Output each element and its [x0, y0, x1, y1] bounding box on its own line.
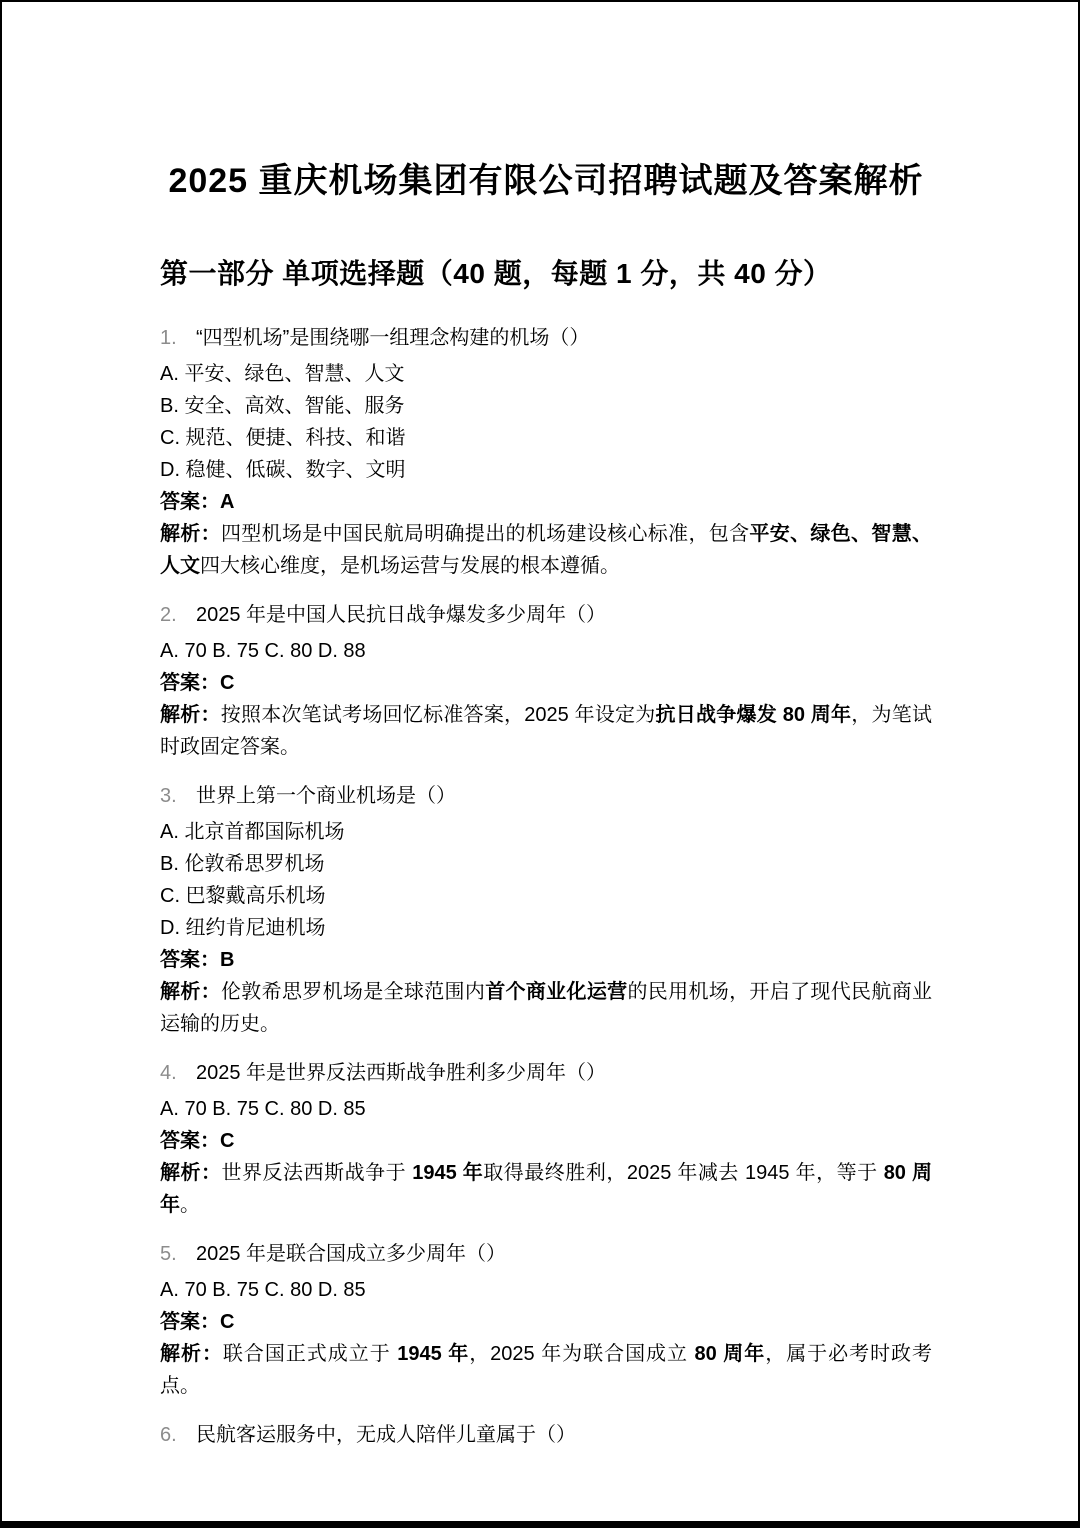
analysis-segment: 伦敦希思罗机场是全球范围内 [221, 981, 485, 1003]
options-list: A. 70 B. 75 C. 80 D. 88 [160, 635, 932, 667]
option-line: A. 70 B. 75 C. 80 D. 85 [160, 1093, 932, 1125]
document-page: 2025 重庆机场集团有限公司招聘试题及答案解析 第一部分 单项选择题（40 题… [0, 0, 1080, 1528]
analysis-bold-segment: 抗日战争爆发 80 周年 [656, 704, 852, 726]
analysis-text: 四型机场是中国民航局明确提出的机场建设核心标准，包含平安、绿色、智慧、人文四大核… [160, 523, 932, 577]
analysis-paragraph: 解析：世界反法西斯战争于 1945 年取得最终胜利，2025 年减去 1945 … [160, 1157, 932, 1221]
question-text: “四型机场”是围绕哪一组理念构建的机场（） [196, 327, 589, 349]
question-block: 3. 世界上第一个商业机场是（） A. 北京首都国际机场B. 伦敦希思罗机场C.… [160, 780, 932, 1040]
question-line: 3. 世界上第一个商业机场是（） [160, 780, 932, 812]
analysis-bold-segment: 首个商业化运营 [485, 981, 627, 1003]
options-list: A. 北京首都国际机场B. 伦敦希思罗机场C. 巴黎戴高乐机场D. 纽约肯尼迪机… [160, 816, 932, 944]
answer-line: 答案：A [160, 486, 932, 518]
section-heading: 第一部分 单项选择题（40 题，每题 1 分，共 40 分） [160, 256, 932, 292]
answer-value: A [220, 491, 234, 513]
option-line: B. 安全、高效、智能、服务 [160, 390, 932, 422]
analysis-segment: ，2025 年为联合国成立 [469, 1343, 694, 1365]
analysis-segment: 四型机场是中国民航局明确提出的机场建设核心标准，包含 [221, 523, 749, 545]
analysis-label: 解析： [160, 1343, 223, 1365]
analysis-segment: 按照本次笔试考场回忆标准答案，2025 年设定为 [221, 704, 656, 726]
question-block: 5. 2025 年是联合国成立多少周年（） A. 70 B. 75 C. 80 … [160, 1238, 932, 1402]
analysis-bold-segment: 1945 年 [397, 1343, 469, 1365]
answer-line: 答案：C [160, 667, 932, 699]
option-line: A. 北京首都国际机场 [160, 816, 932, 848]
question-number: 4. [160, 1057, 196, 1089]
question-block: 2. 2025 年是中国人民抗日战争爆发多少周年（） A. 70 B. 75 C… [160, 599, 932, 763]
question-text: 民航客运服务中，无成人陪伴儿童属于（） [196, 1424, 576, 1446]
document-title: 2025 重庆机场集团有限公司招聘试题及答案解析 [160, 160, 932, 202]
option-line: A. 70 B. 75 C. 80 D. 88 [160, 635, 932, 667]
option-line: A. 70 B. 75 C. 80 D. 85 [160, 1274, 932, 1306]
question-line: 6. 民航客运服务中，无成人陪伴儿童属于（） [160, 1419, 932, 1451]
answer-line: 答案：C [160, 1306, 932, 1338]
option-line: D. 稳健、低碳、数字、文明 [160, 454, 932, 486]
question-text: 2025 年是中国人民抗日战争爆发多少周年（） [196, 604, 606, 626]
analysis-paragraph: 解析：按照本次笔试考场回忆标准答案，2025 年设定为抗日战争爆发 80 周年，… [160, 699, 932, 763]
analysis-paragraph: 解析：四型机场是中国民航局明确提出的机场建设核心标准，包含平安、绿色、智慧、人文… [160, 518, 932, 582]
option-line: D. 纽约肯尼迪机场 [160, 912, 932, 944]
question-text: 2025 年是联合国成立多少周年（） [196, 1243, 506, 1265]
answer-label: 答案： [160, 491, 220, 513]
question-text: 世界上第一个商业机场是（） [196, 785, 456, 807]
analysis-label: 解析： [160, 981, 221, 1003]
analysis-paragraph: 解析：伦敦希思罗机场是全球范围内首个商业化运营的民用机场，开启了现代民航商业运输… [160, 976, 932, 1040]
option-line: C. 规范、便捷、科技、和谐 [160, 422, 932, 454]
question-block: 4. 2025 年是世界反法西斯战争胜利多少周年（） A. 70 B. 75 C… [160, 1057, 932, 1221]
analysis-segment: 联合国正式成立于 [223, 1343, 397, 1365]
analysis-segment: 世界反法西斯战争于 [222, 1162, 413, 1184]
question-line: 4. 2025 年是世界反法西斯战争胜利多少周年（） [160, 1057, 932, 1089]
answer-label: 答案： [160, 949, 220, 971]
answer-value: C [220, 1130, 234, 1152]
question-block: 1. “四型机场”是围绕哪一组理念构建的机场（） A. 平安、绿色、智慧、人文B… [160, 322, 932, 582]
option-line: A. 平安、绿色、智慧、人文 [160, 358, 932, 390]
analysis-bold-segment: 1945 年 [412, 1162, 483, 1184]
analysis-label: 解析： [160, 523, 221, 545]
question-line: 1. “四型机场”是围绕哪一组理念构建的机场（） [160, 322, 932, 354]
answer-line: 答案：C [160, 1125, 932, 1157]
question-number: 1. [160, 322, 196, 354]
analysis-segment: 取得最终胜利，2025 年减去 1945 年，等于 [483, 1162, 883, 1184]
question-line: 5. 2025 年是联合国成立多少周年（） [160, 1238, 932, 1270]
answer-label: 答案： [160, 672, 220, 694]
answer-label: 答案： [160, 1311, 220, 1333]
answer-line: 答案：B [160, 944, 932, 976]
question-number: 6. [160, 1419, 196, 1451]
option-line: C. 巴黎戴高乐机场 [160, 880, 932, 912]
analysis-text: 伦敦希思罗机场是全球范围内首个商业化运营的民用机场，开启了现代民航商业运输的历史… [160, 981, 932, 1035]
question-line: 2. 2025 年是中国人民抗日战争爆发多少周年（） [160, 599, 932, 631]
analysis-segment: 四大核心维度，是机场运营与发展的根本遵循。 [200, 555, 620, 577]
question-number: 2. [160, 599, 196, 631]
analysis-text: 世界反法西斯战争于 1945 年取得最终胜利，2025 年减去 1945 年，等… [160, 1162, 932, 1216]
analysis-text: 联合国正式成立于 1945 年，2025 年为联合国成立 80 周年，属于必考时… [160, 1343, 932, 1397]
question-number: 5. [160, 1238, 196, 1270]
analysis-text: 按照本次笔试考场回忆标准答案，2025 年设定为抗日战争爆发 80 周年，为笔试… [160, 704, 932, 758]
answer-value: C [220, 672, 234, 694]
analysis-paragraph: 解析：联合国正式成立于 1945 年，2025 年为联合国成立 80 周年，属于… [160, 1338, 932, 1402]
options-list: A. 70 B. 75 C. 80 D. 85 [160, 1093, 932, 1125]
analysis-label: 解析： [160, 704, 221, 726]
analysis-label: 解析： [160, 1162, 222, 1184]
questions-container: 1. “四型机场”是围绕哪一组理念构建的机场（） A. 平安、绿色、智慧、人文B… [160, 322, 932, 1451]
analysis-segment: 。 [180, 1194, 200, 1216]
options-list: A. 平安、绿色、智慧、人文B. 安全、高效、智能、服务C. 规范、便捷、科技、… [160, 358, 932, 486]
analysis-bold-segment: 80 周年 [695, 1343, 766, 1365]
answer-value: C [220, 1311, 234, 1333]
question-text: 2025 年是世界反法西斯战争胜利多少周年（） [196, 1062, 606, 1084]
question-block: 6. 民航客运服务中，无成人陪伴儿童属于（） [160, 1419, 932, 1451]
answer-label: 答案： [160, 1130, 220, 1152]
question-number: 3. [160, 780, 196, 812]
options-list: A. 70 B. 75 C. 80 D. 85 [160, 1274, 932, 1306]
option-line: B. 伦敦希思罗机场 [160, 848, 932, 880]
answer-value: B [220, 949, 234, 971]
